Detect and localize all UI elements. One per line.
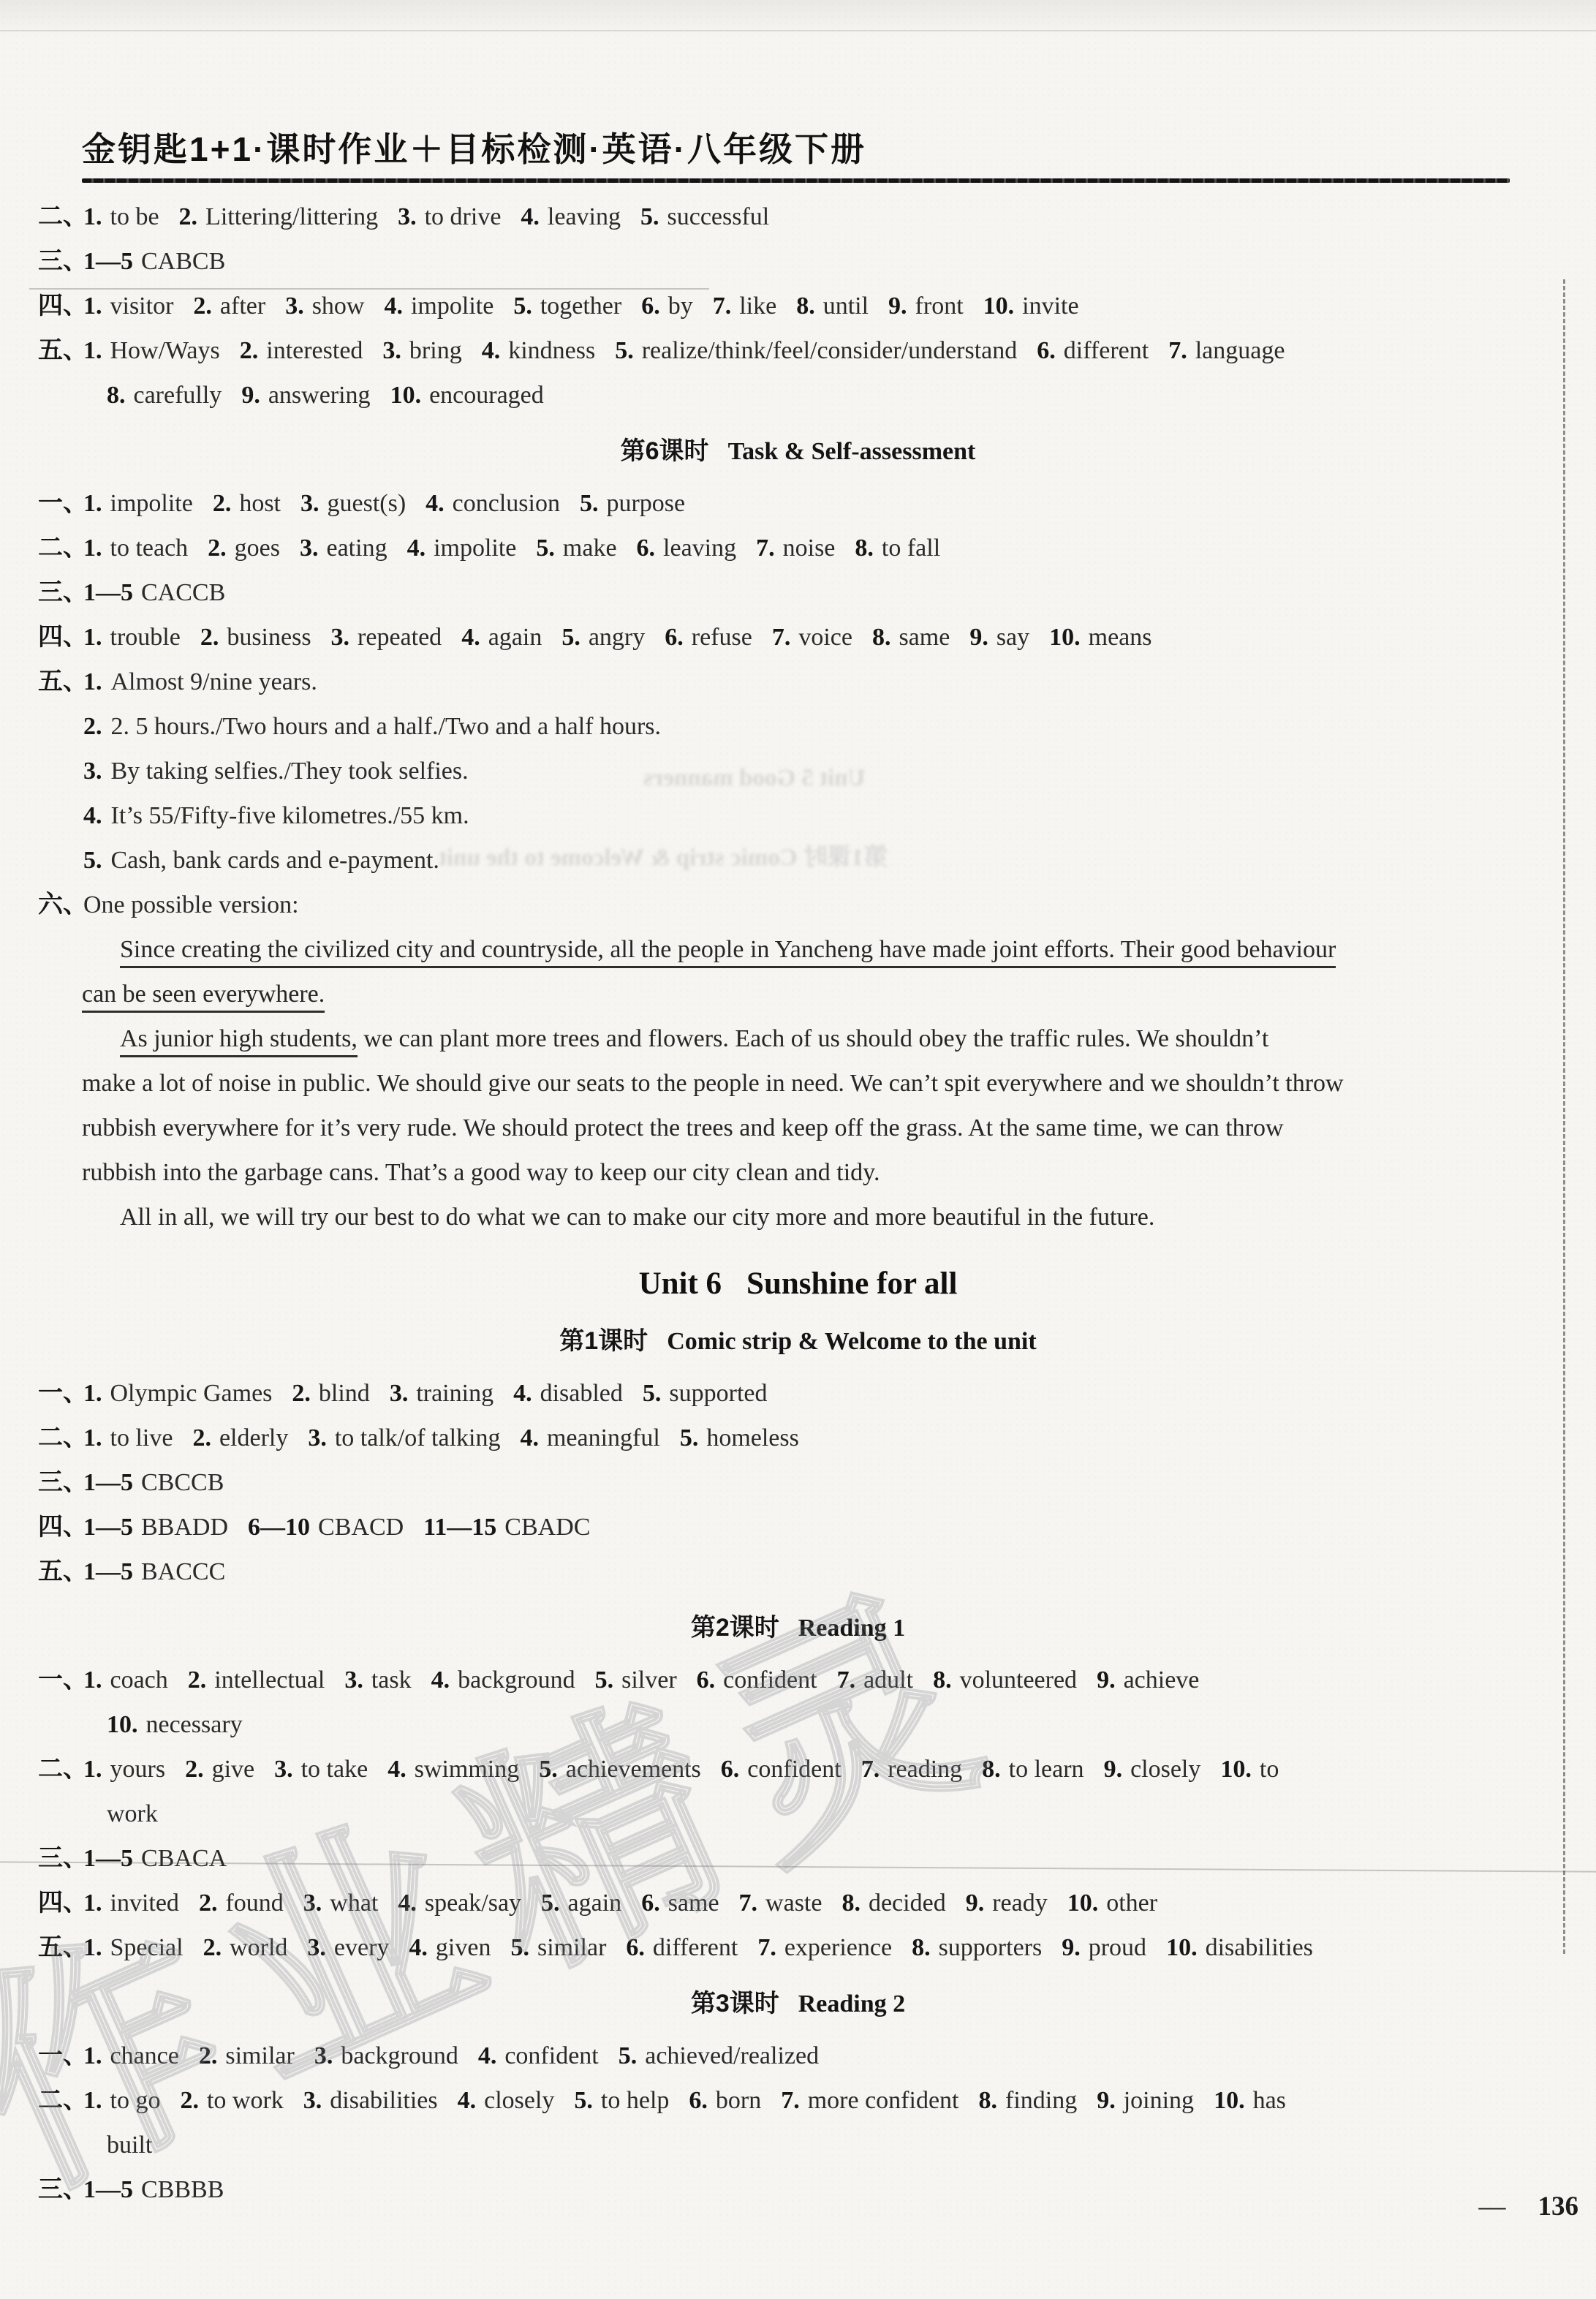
answer-text: closely bbox=[484, 2087, 554, 2114]
answer-text: to drive bbox=[425, 203, 502, 230]
answer-text: has bbox=[1253, 2087, 1286, 2114]
answer-text: front bbox=[915, 292, 964, 320]
answer-text: eating bbox=[327, 535, 387, 562]
answer-item: 9.joining bbox=[1097, 2087, 1194, 2114]
answer-text: built bbox=[107, 2132, 152, 2159]
answer-item: 9.achieve bbox=[1097, 1666, 1199, 1694]
item-number: 2. bbox=[179, 203, 198, 230]
answer-text: background bbox=[341, 2042, 458, 2069]
item-number: 3. bbox=[303, 2087, 322, 2114]
item-number: 9. bbox=[888, 292, 907, 320]
item-number: 6. bbox=[641, 292, 660, 320]
item-number: 1—5 bbox=[83, 248, 133, 275]
section-label: 三、 bbox=[38, 1460, 83, 1505]
answer-line: 四、1.invited2.found3.what4.speak/say5.aga… bbox=[0, 1881, 1596, 1925]
answer-item: 6.different bbox=[626, 1934, 738, 1961]
section-label: 二、 bbox=[38, 1747, 83, 1792]
item-number: 3. bbox=[274, 1756, 293, 1783]
item-number: 6. bbox=[641, 1890, 660, 1917]
answer-text: elderly bbox=[219, 1424, 288, 1451]
answer-text: angry bbox=[589, 624, 645, 651]
item-number: 4. bbox=[513, 1380, 532, 1407]
answer-item: 1—5CABCB bbox=[83, 248, 225, 275]
answer-text: realize/think/feel/consider/understand bbox=[642, 337, 1018, 364]
answer-item: 4.background bbox=[431, 1666, 575, 1694]
answer-item: 6.confident bbox=[721, 1756, 842, 1783]
item-number: 5. bbox=[574, 2087, 593, 2114]
answer-line: 五、1—5BACCC bbox=[0, 1549, 1596, 1594]
answer-text: again bbox=[568, 1890, 622, 1917]
answer-text: volunteered bbox=[960, 1666, 1078, 1694]
answer-text: world bbox=[230, 1934, 287, 1961]
answer-text: confident bbox=[504, 2042, 598, 2069]
answer-item: 2.found bbox=[199, 1890, 284, 1917]
paragraph-text: we can plant more trees and flowers. Eac… bbox=[358, 1025, 1268, 1052]
answer-text: born bbox=[716, 2087, 761, 2114]
item-number: 4. bbox=[520, 1424, 539, 1451]
answer-text: Littering/littering bbox=[205, 203, 378, 230]
answer-item: 8.to learn bbox=[982, 1756, 1083, 1783]
answer-item: 10.to bbox=[1220, 1756, 1279, 1783]
section-label: 五、 bbox=[38, 660, 83, 704]
item-number: 4. bbox=[384, 292, 403, 320]
item-number: 10. bbox=[1166, 1934, 1198, 1961]
answer-text: work bbox=[107, 1800, 158, 1827]
answer-item: 4.meaningful bbox=[520, 1424, 659, 1451]
answer-text: to teach bbox=[110, 535, 189, 562]
answer-line: 一、1.chance2.similar3.background4.confide… bbox=[0, 2034, 1596, 2078]
item-number: 4. bbox=[478, 2042, 497, 2069]
section-label: 二、 bbox=[38, 2078, 83, 2123]
section-label: 一、 bbox=[38, 481, 83, 526]
item-number: 3. bbox=[285, 292, 304, 320]
answer-text: same bbox=[899, 624, 950, 651]
item-number: 8. bbox=[107, 382, 126, 409]
section-label: 三、 bbox=[38, 2167, 83, 2212]
answer-item: 4.confident bbox=[478, 2042, 599, 2069]
answer-item: 3.training bbox=[390, 1380, 493, 1407]
answer-text: achieve bbox=[1124, 1666, 1200, 1694]
item-number: 5. bbox=[680, 1424, 699, 1451]
answer-text: goes bbox=[235, 535, 280, 562]
answer-item: 1—5CACCB bbox=[83, 579, 225, 606]
answer-line: 三、1—5CBCCB bbox=[0, 1460, 1596, 1505]
item-number: 4. bbox=[83, 802, 102, 829]
scan-artifact-line bbox=[0, 30, 1596, 31]
sentence-answer-line: 2.2. 5 hours./Two hours and a half./Two … bbox=[0, 704, 1596, 749]
heading-cn: 第1课时 bbox=[559, 1327, 648, 1355]
answer-item: 5.achievements bbox=[539, 1756, 701, 1783]
answer-text: by bbox=[668, 292, 693, 320]
item-number: 2. bbox=[292, 1380, 311, 1407]
answer-line: 四、1.visitor2.after3.show4.impolite5.toge… bbox=[0, 284, 1596, 328]
answer-item: 3.to talk/of talking bbox=[308, 1424, 500, 1451]
page: 金钥匙1+1·课时作业＋目标检测·英语·八年级下册 Unit 5 Good ma… bbox=[0, 0, 1596, 2299]
underlined-text: can be seen everywhere. bbox=[82, 981, 325, 1013]
item-number: 1—5 bbox=[83, 579, 133, 606]
item-number: 1. bbox=[83, 1424, 102, 1451]
answer-text: language bbox=[1195, 337, 1285, 364]
answer-item: 1—5BACCC bbox=[83, 1558, 225, 1585]
paragraph-line: As junior high students, we can plant mo… bbox=[0, 1016, 1596, 1061]
answer-text: more confident bbox=[808, 2087, 959, 2114]
answer-item: 2.elderly bbox=[192, 1424, 288, 1451]
answer-item: 5.again bbox=[541, 1890, 621, 1917]
section-label: 四、 bbox=[38, 284, 83, 328]
answer-text: like bbox=[739, 292, 776, 320]
answer-text: joining bbox=[1124, 2087, 1194, 2114]
item-number: 2. bbox=[240, 337, 259, 364]
answer-item: 1.to teach bbox=[83, 535, 188, 562]
item-number: 10. bbox=[1220, 1756, 1252, 1783]
section-heading: 第1课时Comic strip & Welcome to the unit bbox=[0, 1319, 1596, 1364]
item-number: 5. bbox=[83, 847, 102, 874]
answer-item: 1.How/Ways bbox=[83, 337, 220, 364]
answer-item: 8.volunteered bbox=[933, 1666, 1077, 1694]
unit-heading: Unit 6Sunshine for all bbox=[0, 1261, 1596, 1306]
section-label: 五、 bbox=[38, 1549, 83, 1594]
answer-line: 二、1.yours2.give3.to take4.swimming5.achi… bbox=[0, 1747, 1596, 1792]
paragraph-text: make a lot of noise in public. We should… bbox=[82, 1070, 1344, 1097]
item-number: 4. bbox=[458, 2087, 477, 2114]
answer-item: 4.closely bbox=[458, 2087, 555, 2114]
answer-text: guest(s) bbox=[328, 490, 406, 517]
answer-item: 8.until bbox=[796, 292, 869, 320]
answer-item: 7.waste bbox=[739, 1890, 822, 1917]
answer-text: waste bbox=[765, 1890, 822, 1917]
item-number: 10. bbox=[1049, 624, 1081, 651]
item-number: 10. bbox=[107, 1711, 138, 1738]
item-number: 3. bbox=[314, 2042, 333, 2069]
section-heading: 第3课时Reading 2 bbox=[0, 1982, 1596, 2026]
scan-artifact-line bbox=[29, 288, 709, 290]
answer-text: successful bbox=[667, 203, 770, 230]
item-number: 9. bbox=[1062, 1934, 1081, 1961]
page-number: —136 bbox=[1479, 2191, 1579, 2222]
item-number: 5. bbox=[561, 624, 580, 651]
answer-item: 2.host bbox=[213, 490, 281, 517]
heading-en: Reading 2 bbox=[798, 1990, 905, 2017]
answer-item: 6—10CBACD bbox=[248, 1514, 404, 1541]
item-number: 10. bbox=[1067, 1890, 1099, 1917]
book-header: 金钥匙1+1·课时作业＋目标检测·英语·八年级下册 bbox=[82, 123, 1510, 183]
item-number: 2. bbox=[208, 535, 227, 562]
answer-item: 7.more confident bbox=[781, 2087, 958, 2114]
answer-item: 9.proud bbox=[1062, 1934, 1146, 1961]
heading-en: Comic strip & Welcome to the unit bbox=[667, 1328, 1037, 1355]
item-number: 2. bbox=[203, 1934, 222, 1961]
answer-item: 4.again bbox=[461, 624, 542, 651]
answer-text: to talk/of talking bbox=[335, 1424, 501, 1451]
item-number: 4. bbox=[387, 1756, 406, 1783]
answer-item: 5.achieved/realized bbox=[619, 2042, 819, 2069]
answer-item: 1—5CBCCB bbox=[83, 1469, 224, 1496]
answer-item: 1.chance bbox=[83, 2042, 179, 2069]
item-number: 6—10 bbox=[248, 1514, 310, 1541]
page-number-value: 136 bbox=[1538, 2192, 1579, 2221]
item-number: 10. bbox=[390, 382, 422, 409]
item-number: 1—5 bbox=[83, 1845, 133, 1872]
answer-text: experience bbox=[784, 1934, 892, 1961]
answer-item: 1.to live bbox=[83, 1424, 173, 1451]
answer-item: 1—5CBBBB bbox=[83, 2176, 224, 2203]
answer-item: 3.to take bbox=[274, 1756, 368, 1783]
answer-item: 4.given bbox=[409, 1934, 491, 1961]
answer-text: what bbox=[330, 1890, 378, 1917]
answer-text: every bbox=[334, 1934, 390, 1961]
answer-item: 10.disabilities bbox=[1166, 1934, 1313, 1961]
item-number: 6. bbox=[637, 535, 656, 562]
answer-text: to learn bbox=[1009, 1756, 1084, 1783]
item-number: 1. bbox=[83, 203, 102, 230]
item-number: 2. bbox=[192, 1424, 211, 1451]
answer-item: 1—5CBACA bbox=[83, 1845, 227, 1872]
answer-item: 10.encouraged bbox=[390, 382, 544, 409]
item-number: 1—5 bbox=[83, 1514, 133, 1541]
item-number: 8. bbox=[796, 292, 815, 320]
answer-text: similar bbox=[537, 1934, 606, 1961]
answer-text: 2. 5 hours./Two hours and a half./Two an… bbox=[111, 713, 662, 740]
answer-text: found bbox=[225, 1890, 283, 1917]
answer-text: supported bbox=[669, 1380, 767, 1407]
item-number: 1. bbox=[83, 668, 102, 695]
item-number: 1. bbox=[83, 337, 102, 364]
answer-text: Olympic Games bbox=[110, 1380, 273, 1407]
answer-item: 5.to help bbox=[574, 2087, 669, 2114]
answer-text: until bbox=[823, 292, 869, 320]
answer-text: speak/say bbox=[425, 1890, 521, 1917]
answer-item: 2.world bbox=[203, 1934, 288, 1961]
item-number: 1. bbox=[83, 1380, 102, 1407]
item-number: 2. bbox=[199, 2042, 218, 2069]
item-number: 6. bbox=[665, 624, 684, 651]
item-number: 3. bbox=[303, 1890, 322, 1917]
answer-text: impolite bbox=[110, 490, 193, 517]
item-number: 1—5 bbox=[83, 1469, 133, 1496]
answer-text: meaningful bbox=[547, 1424, 660, 1451]
paragraph-line: make a lot of noise in public. We should… bbox=[0, 1061, 1596, 1106]
item-number: 7. bbox=[772, 624, 791, 651]
answer-text: impolite bbox=[411, 292, 493, 320]
answer-text: after bbox=[220, 292, 265, 320]
item-number: 7. bbox=[781, 2087, 800, 2114]
answer-text: to help bbox=[601, 2087, 669, 2114]
answer-text: proud bbox=[1089, 1934, 1146, 1961]
section-heading: 第2课时Reading 1 bbox=[0, 1606, 1596, 1650]
sentence-answer-line: 5.Cash, bank cards and e-payment. bbox=[0, 838, 1596, 883]
answer-text: visitor bbox=[110, 292, 174, 320]
answer-item: 1.visitor bbox=[83, 292, 173, 320]
section-label: 三、 bbox=[38, 570, 83, 615]
answer-item: 1.yours bbox=[83, 1756, 165, 1783]
sentence-answer-line: 六、One possible version: bbox=[0, 883, 1596, 927]
item-number: 1. bbox=[83, 1890, 102, 1917]
answer-text: different bbox=[1064, 337, 1149, 364]
answer-item: 1.invited bbox=[83, 1890, 179, 1917]
section-label: 二、 bbox=[38, 1416, 83, 1460]
item-number: 2. bbox=[180, 2087, 199, 2114]
answer-text: training bbox=[416, 1380, 493, 1407]
answer-text: background bbox=[458, 1666, 575, 1694]
item-number: 1. bbox=[83, 2087, 102, 2114]
answer-text: conclusion bbox=[453, 490, 560, 517]
section-label: 二、 bbox=[38, 526, 83, 570]
answer-text: disabilities bbox=[1206, 1934, 1313, 1961]
answer-item: 11—15CBADC bbox=[423, 1514, 590, 1541]
paragraph-text: All in all, we will try our best to do w… bbox=[120, 1204, 1154, 1231]
answer-text: to fall bbox=[882, 535, 940, 562]
answer-item: 5.together bbox=[513, 292, 621, 320]
answer-item: 5.realize/think/feel/consider/understand bbox=[615, 337, 1017, 364]
heading-cn: 第3课时 bbox=[691, 1990, 779, 2017]
answer-item: 8.carefully bbox=[107, 382, 222, 409]
section-label: 一、 bbox=[38, 2034, 83, 2078]
answer-text: same bbox=[668, 1890, 719, 1917]
answer-text: chance bbox=[110, 2042, 179, 2069]
item-number: 5. bbox=[541, 1890, 560, 1917]
answer-item: 8.decided bbox=[842, 1890, 945, 1917]
item-number: 6. bbox=[1037, 337, 1056, 364]
paragraph-line: rubbish everywhere for it’s very rude. W… bbox=[0, 1106, 1596, 1150]
item-number: 8. bbox=[872, 624, 891, 651]
item-number: 7. bbox=[837, 1666, 856, 1694]
item-number: 1. bbox=[83, 1934, 102, 1961]
answer-text: BACCC bbox=[141, 1558, 225, 1585]
answer-text: make bbox=[563, 535, 617, 562]
answer-line: 二、1.to go2.to work3.disabilities4.closel… bbox=[0, 2078, 1596, 2123]
answer-text: together bbox=[540, 292, 621, 320]
answer-text: to live bbox=[110, 1424, 173, 1451]
item-number: 3. bbox=[307, 1934, 326, 1961]
item-number: 5. bbox=[539, 1756, 558, 1783]
answer-item: 9.ready bbox=[966, 1890, 1048, 1917]
answer-item: 6.different bbox=[1037, 337, 1149, 364]
answer-text: ready bbox=[992, 1890, 1048, 1917]
answer-item: 9.answering bbox=[241, 382, 370, 409]
answer-text: reading bbox=[888, 1756, 962, 1783]
sentence-answer-line: 五、1.Almost 9/nine years. bbox=[0, 660, 1596, 704]
answer-text: to work bbox=[207, 2087, 284, 2114]
item-number: 2. bbox=[213, 490, 232, 517]
answer-item: 5.homeless bbox=[680, 1424, 799, 1451]
sentence-answer-line: 4.It’s 55/Fifty-five kilometres./55 km. bbox=[0, 793, 1596, 838]
item-number: 9. bbox=[1097, 1666, 1116, 1694]
item-number: 1. bbox=[83, 535, 102, 562]
item-number: 1. bbox=[83, 1756, 102, 1783]
answer-text: to take bbox=[301, 1756, 368, 1783]
item-number: 5. bbox=[513, 292, 532, 320]
item-number: 1. bbox=[83, 624, 102, 651]
answer-line: 一、1.Olympic Games2.blind3.training4.disa… bbox=[0, 1371, 1596, 1416]
answer-text: given bbox=[436, 1934, 491, 1961]
answer-text: BBADD bbox=[141, 1514, 228, 1541]
answer-item: 9.closely bbox=[1104, 1756, 1201, 1783]
item-number: 2. bbox=[200, 624, 219, 651]
answer-item: 8.to fall bbox=[855, 535, 940, 562]
answer-text: silver bbox=[621, 1666, 677, 1694]
paragraph-line: Since creating the civilized city and co… bbox=[0, 927, 1596, 972]
item-number: 9. bbox=[1104, 1756, 1123, 1783]
answer-item: 3.every bbox=[307, 1934, 389, 1961]
answer-text: means bbox=[1089, 624, 1152, 651]
item-number: 7. bbox=[739, 1890, 758, 1917]
section-label: 五、 bbox=[38, 1925, 83, 1970]
answer-item: 2.after bbox=[193, 292, 265, 320]
answer-text: CBADC bbox=[504, 1514, 590, 1541]
section-label: 一、 bbox=[38, 1371, 83, 1416]
paragraph-line: rubbish into the garbage cans. That’s a … bbox=[0, 1150, 1596, 1195]
answer-item: 10.other bbox=[1067, 1890, 1157, 1917]
item-number: 1. bbox=[83, 2042, 102, 2069]
item-number: 7. bbox=[713, 292, 732, 320]
answer-item: 8.finding bbox=[979, 2087, 1078, 2114]
answer-text: CBBBB bbox=[141, 2176, 224, 2203]
answer-text: coach bbox=[110, 1666, 168, 1694]
answer-text: show bbox=[312, 292, 365, 320]
answer-text: CBACD bbox=[318, 1514, 404, 1541]
answer-text: encouraged bbox=[429, 382, 544, 409]
item-number: 8. bbox=[842, 1890, 861, 1917]
item-number: 6. bbox=[626, 1934, 645, 1961]
item-number: 4. bbox=[431, 1666, 450, 1694]
answer-item: 1.to go bbox=[83, 2087, 160, 2114]
answer-text: leaving bbox=[548, 203, 621, 230]
item-number: 1. bbox=[83, 292, 102, 320]
section-label: 一、 bbox=[38, 1658, 83, 1702]
answer-item: 6.refuse bbox=[665, 624, 752, 651]
answer-text: to be bbox=[110, 203, 159, 230]
answer-text: answering bbox=[268, 382, 371, 409]
answer-text: Special bbox=[110, 1934, 184, 1961]
sentence-answer-line: 3.By taking selfies./They took selfies. bbox=[0, 749, 1596, 793]
answer-item: built bbox=[107, 2132, 152, 2159]
answer-text: confident bbox=[723, 1666, 817, 1694]
answer-text: necessary bbox=[146, 1711, 243, 1738]
answer-text: CABCB bbox=[141, 248, 225, 275]
answer-item: 2.blind bbox=[292, 1380, 369, 1407]
answer-text: closely bbox=[1130, 1756, 1200, 1783]
answer-item: 4.impolite bbox=[384, 292, 493, 320]
item-number: 3. bbox=[390, 1380, 409, 1407]
heading-cn: 第6课时 bbox=[621, 437, 709, 465]
answer-line: 三、1—5CACCB bbox=[0, 570, 1596, 615]
answer-text: leaving bbox=[663, 535, 736, 562]
item-number: 5. bbox=[643, 1380, 662, 1407]
item-number: 5. bbox=[580, 490, 599, 517]
answer-item: 5.angry bbox=[561, 624, 645, 651]
section-label: 三、 bbox=[38, 1836, 83, 1881]
answer-text: impolite bbox=[434, 535, 516, 562]
book-title: 金钥匙1+1·课时作业＋目标检测·英语·八年级下册 bbox=[82, 123, 1510, 171]
item-number: 3. bbox=[331, 624, 350, 651]
answer-item: 4.impolite bbox=[407, 535, 517, 562]
item-number: 3. bbox=[344, 1666, 363, 1694]
answer-item: 3.background bbox=[314, 2042, 458, 2069]
answer-item: 10.means bbox=[1049, 624, 1151, 651]
item-number: 8. bbox=[982, 1756, 1001, 1783]
answer-text: It’s 55/Fifty-five kilometres./55 km. bbox=[111, 802, 469, 829]
answer-text: confident bbox=[747, 1756, 841, 1783]
answer-text: bring bbox=[409, 337, 462, 364]
answer-line: 10.necessary bbox=[0, 1702, 1596, 1747]
answer-text: trouble bbox=[110, 624, 181, 651]
answer-text: to go bbox=[110, 2087, 161, 2114]
heading-en: Task & Self-assessment bbox=[728, 438, 976, 465]
item-number: 1. bbox=[83, 1666, 102, 1694]
section-label: 四、 bbox=[38, 1505, 83, 1549]
answer-text: achieved/realized bbox=[645, 2042, 819, 2069]
answer-text: task bbox=[371, 1666, 412, 1694]
